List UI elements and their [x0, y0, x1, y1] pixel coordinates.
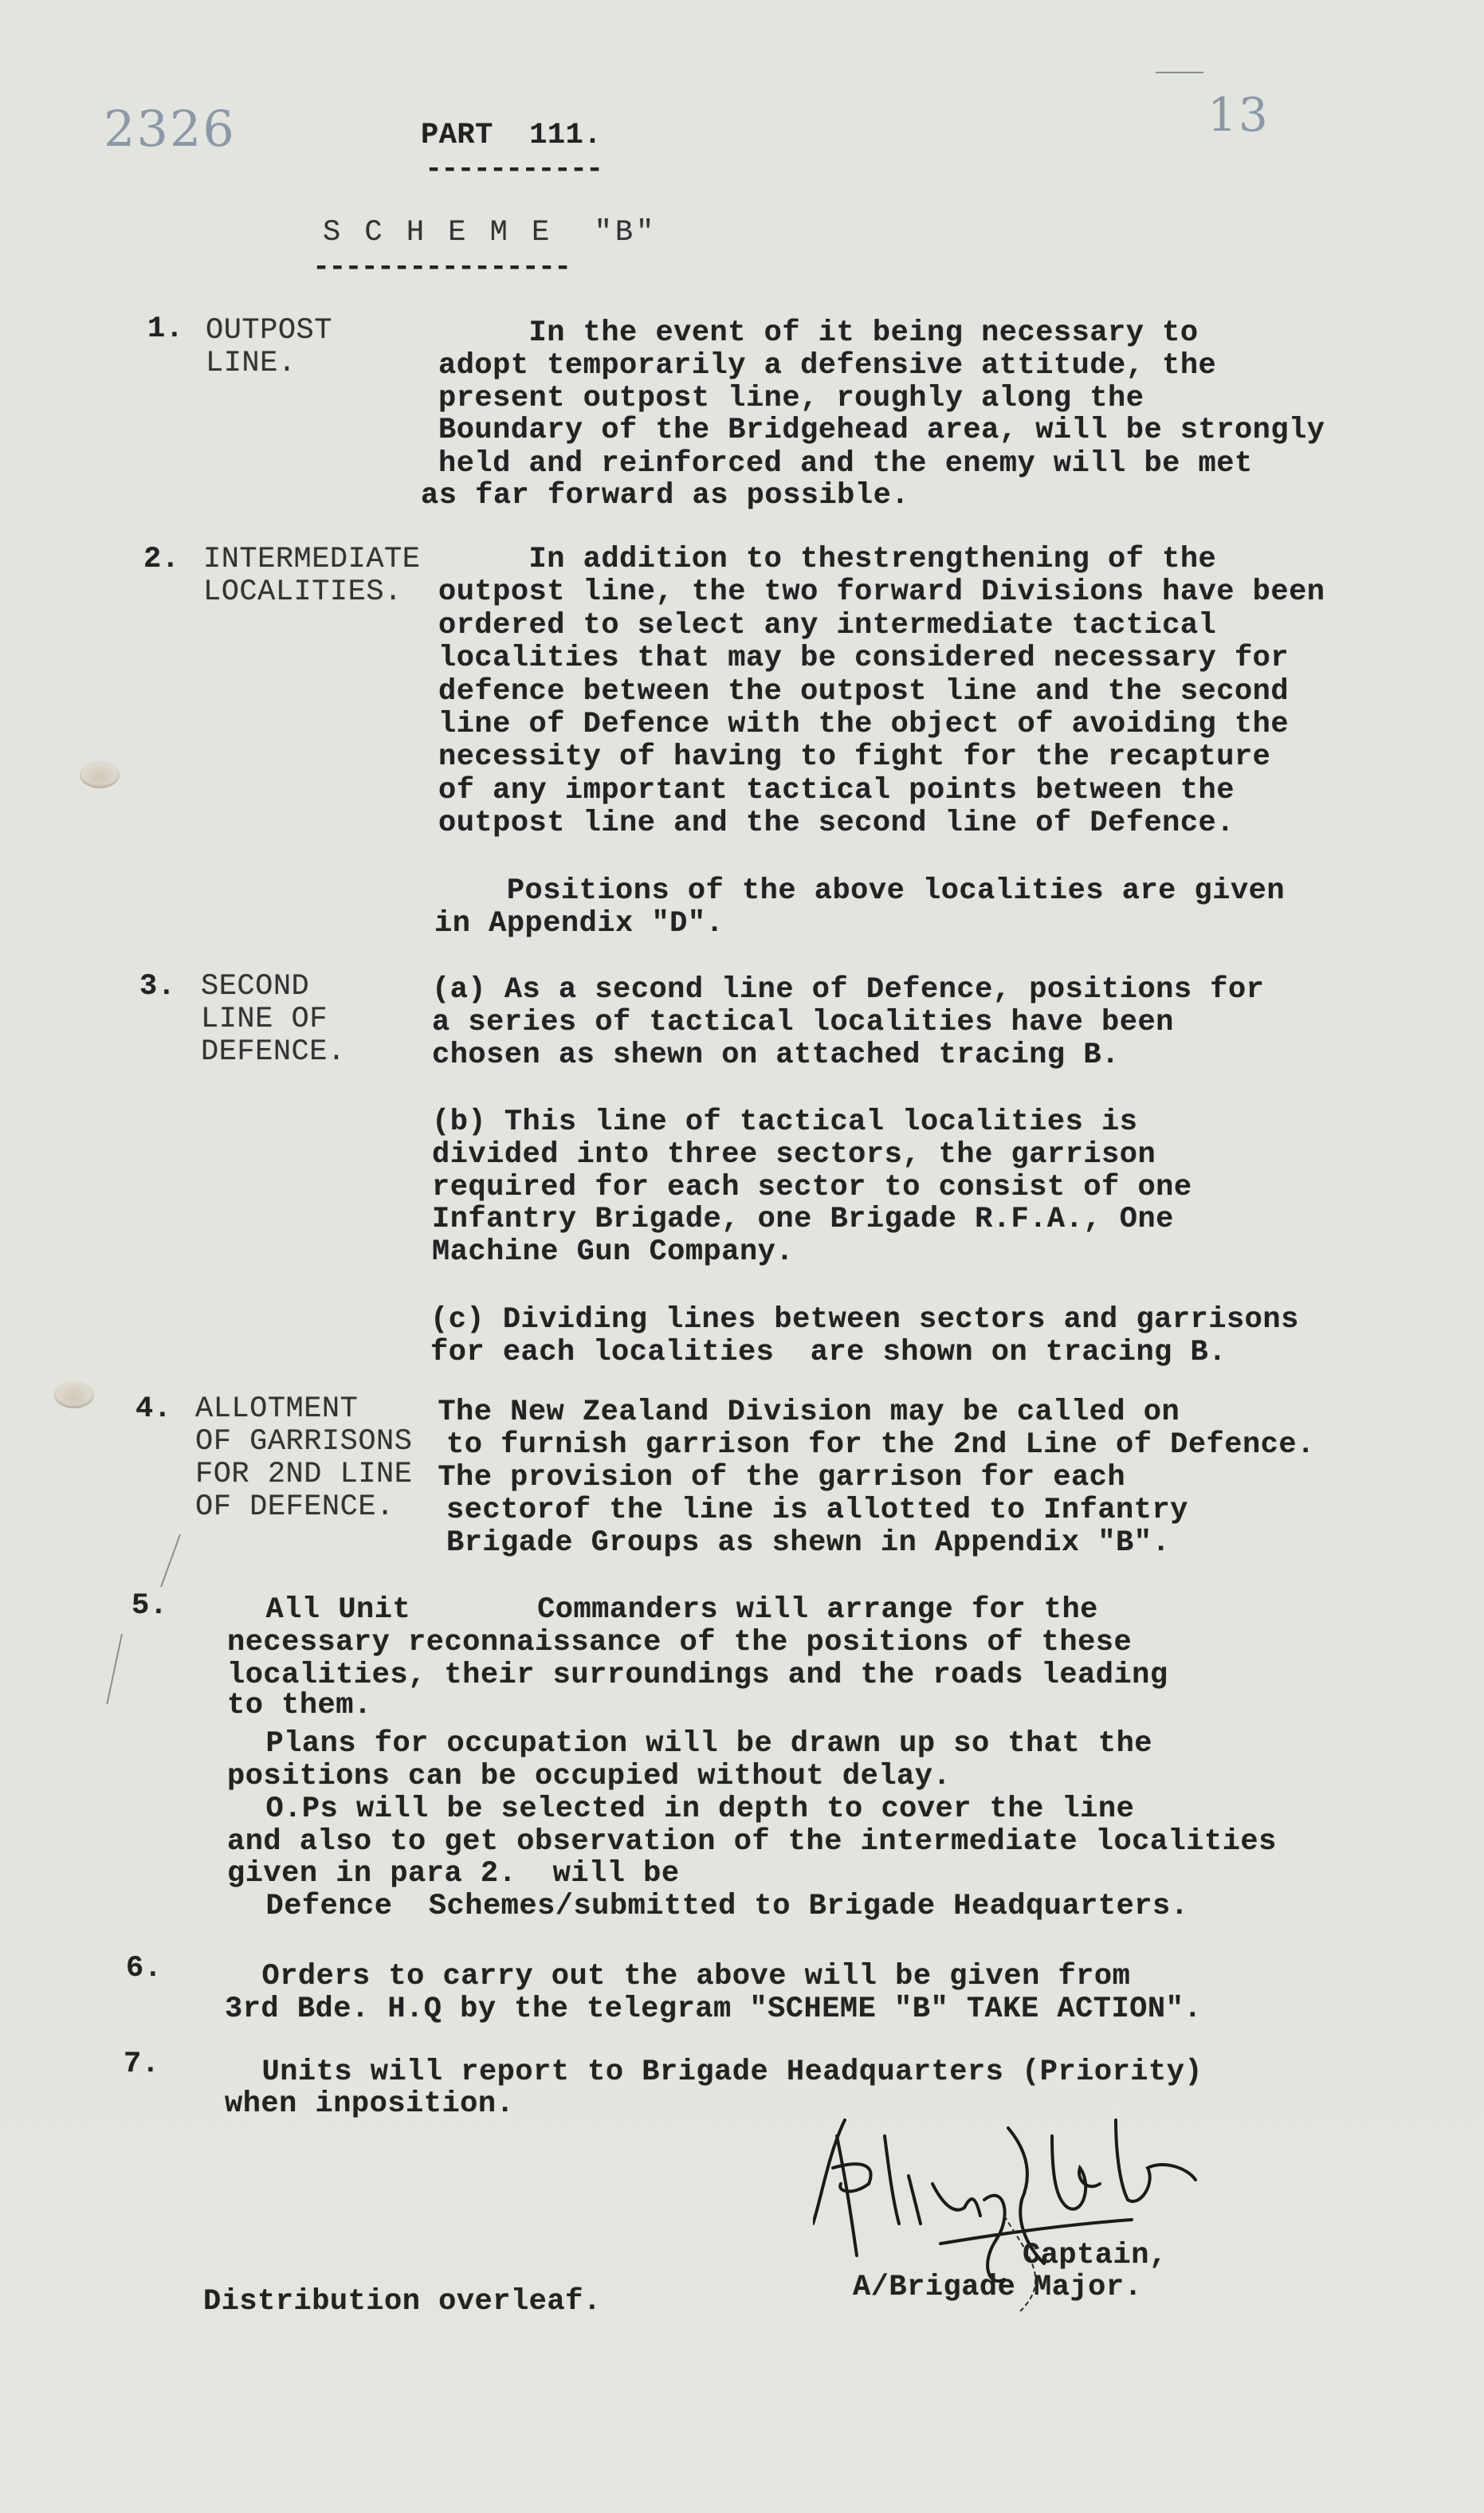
section-title-line: OUTPOST	[206, 315, 332, 348]
section-number: 1.	[147, 313, 183, 346]
body-line: in Appendix "D".	[434, 908, 724, 940]
body-line: given in para 2. will be	[227, 1858, 680, 1891]
section-title-line: SECOND	[201, 971, 309, 1003]
body-line: held and reinforced and the enemy will b…	[438, 448, 1253, 481]
body-line: (b) This line of tactical localities is	[432, 1106, 1137, 1139]
body-line: The New Zealand Division may be called o…	[275, 1396, 1180, 1429]
body-line: In the event of it being necessary to	[438, 317, 1199, 350]
body-line: Infantry Brigade, one Brigade R.F.A., On…	[432, 1203, 1174, 1236]
body-line: Units will report to Brigade Headquarter…	[171, 2056, 1203, 2089]
body-line: as far forward as possible.	[421, 480, 909, 512]
body-line: to them.	[227, 1690, 372, 1722]
signature-appointment: A/Brigade Major.	[853, 2272, 1142, 2304]
body-line: when inposition.	[225, 2088, 514, 2121]
body-line: Positions of the above localities are gi…	[434, 875, 1285, 908]
body-line: Orders to carry out the above will be gi…	[171, 1961, 1130, 1993]
section-title-line: LINE.	[206, 348, 296, 380]
body-line: outpost line and the second line of Defe…	[438, 807, 1235, 840]
page-number: 13	[1207, 88, 1270, 142]
body-line: Machine Gun Company.	[432, 1236, 794, 1269]
body-line: ordered to select any intermediate tacti…	[438, 610, 1216, 642]
body-line: Plans for occupation will be drawn up so…	[175, 1728, 1152, 1761]
body-line: localities, their surroundings and the r…	[227, 1659, 1168, 1692]
punch-hole-upper	[80, 761, 120, 788]
body-line: line of Defence with the object of avoid…	[438, 709, 1289, 741]
archive-stamp-number: 2326	[104, 100, 236, 158]
body-line: necessity of having to fight for the rec…	[438, 741, 1270, 774]
body-line: (c) Dividing lines between sectors and g…	[430, 1304, 1299, 1337]
body-line: divided into three sectors, the garrison	[432, 1139, 1156, 1172]
body-line: of any important tactical points between…	[438, 775, 1235, 807]
body-line: required for each sector to consist of o…	[432, 1172, 1192, 1204]
section-title-line: LINE OF	[201, 1003, 328, 1036]
body-line: present outpost line, roughly along the	[438, 383, 1144, 415]
section-number: 3.	[139, 971, 175, 1003]
section-number: 7.	[124, 2048, 159, 2081]
body-line: Defence Schemes/submitted to Brigade Hea…	[175, 1891, 1188, 1923]
signature-rank: Captain,	[1023, 2240, 1168, 2272]
part-heading-underline: -----------	[425, 153, 602, 187]
body-line: 3rd Bde. H.Q by the telegram "SCHEME "B"…	[225, 1993, 1202, 2026]
section-title-line: DEFENCE.	[201, 1036, 346, 1069]
page-number-dash	[1156, 72, 1203, 73]
body-line: Brigade Groups as shewn in Appendix "B".	[446, 1527, 1170, 1560]
body-line: chosen as shewn on attached tracing B.	[432, 1039, 1120, 1072]
part-heading: PART 111.	[421, 120, 602, 152]
body-line: outpost line, the two forward Divisions …	[438, 576, 1325, 609]
section-number: 6.	[126, 1953, 162, 1985]
body-line: In addition to thestrengthening of the	[438, 544, 1216, 576]
distribution-note: Distribution overleaf.	[203, 2286, 601, 2319]
scheme-title-underline: ----------------	[312, 251, 570, 285]
body-line: defence between the outpost line and the…	[438, 676, 1289, 709]
section-number: 2.	[143, 544, 179, 576]
body-line: and also to get observation of the inter…	[227, 1826, 1277, 1859]
body-line: for each localities are shown on tracing…	[430, 1337, 1227, 1369]
section-number: 4.	[135, 1393, 171, 1426]
body-line: O.Ps will be selected in depth to cover …	[175, 1793, 1134, 1826]
body-line: Boundary of the Bridgehead area, will be…	[438, 414, 1325, 447]
body-line: (a) As a second line of Defence, positio…	[432, 974, 1264, 1007]
body-line: All Unit Commanders will arrange for the	[175, 1594, 1098, 1627]
section-title-line: INTERMEDIATE	[203, 544, 420, 576]
body-line: adopt temporarily a defensive attitude, …	[438, 350, 1216, 383]
body-line: The provision of the garrison for each	[275, 1462, 1125, 1494]
body-line: necessary reconnaissance of the position…	[227, 1627, 1132, 1659]
section-title-line: LOCALITIES.	[203, 576, 402, 609]
body-line: to furnish garrison for the 2nd Line of …	[446, 1429, 1315, 1462]
punch-hole-lower	[54, 1381, 94, 1408]
section-title-line: OF DEFENCE.	[195, 1491, 395, 1524]
body-line: localities that may be considered necess…	[438, 642, 1289, 675]
section-title-line: OF GARRISONS	[195, 1426, 412, 1459]
body-line: positions can be occupied without delay.	[227, 1761, 951, 1793]
body-line: a series of tactical localities have bee…	[432, 1007, 1174, 1039]
section-number: 5.	[132, 1590, 167, 1623]
scheme-title: S C H E M E "B"	[323, 217, 657, 249]
body-line: sectorof the line is allotted to Infantr…	[446, 1494, 1188, 1527]
